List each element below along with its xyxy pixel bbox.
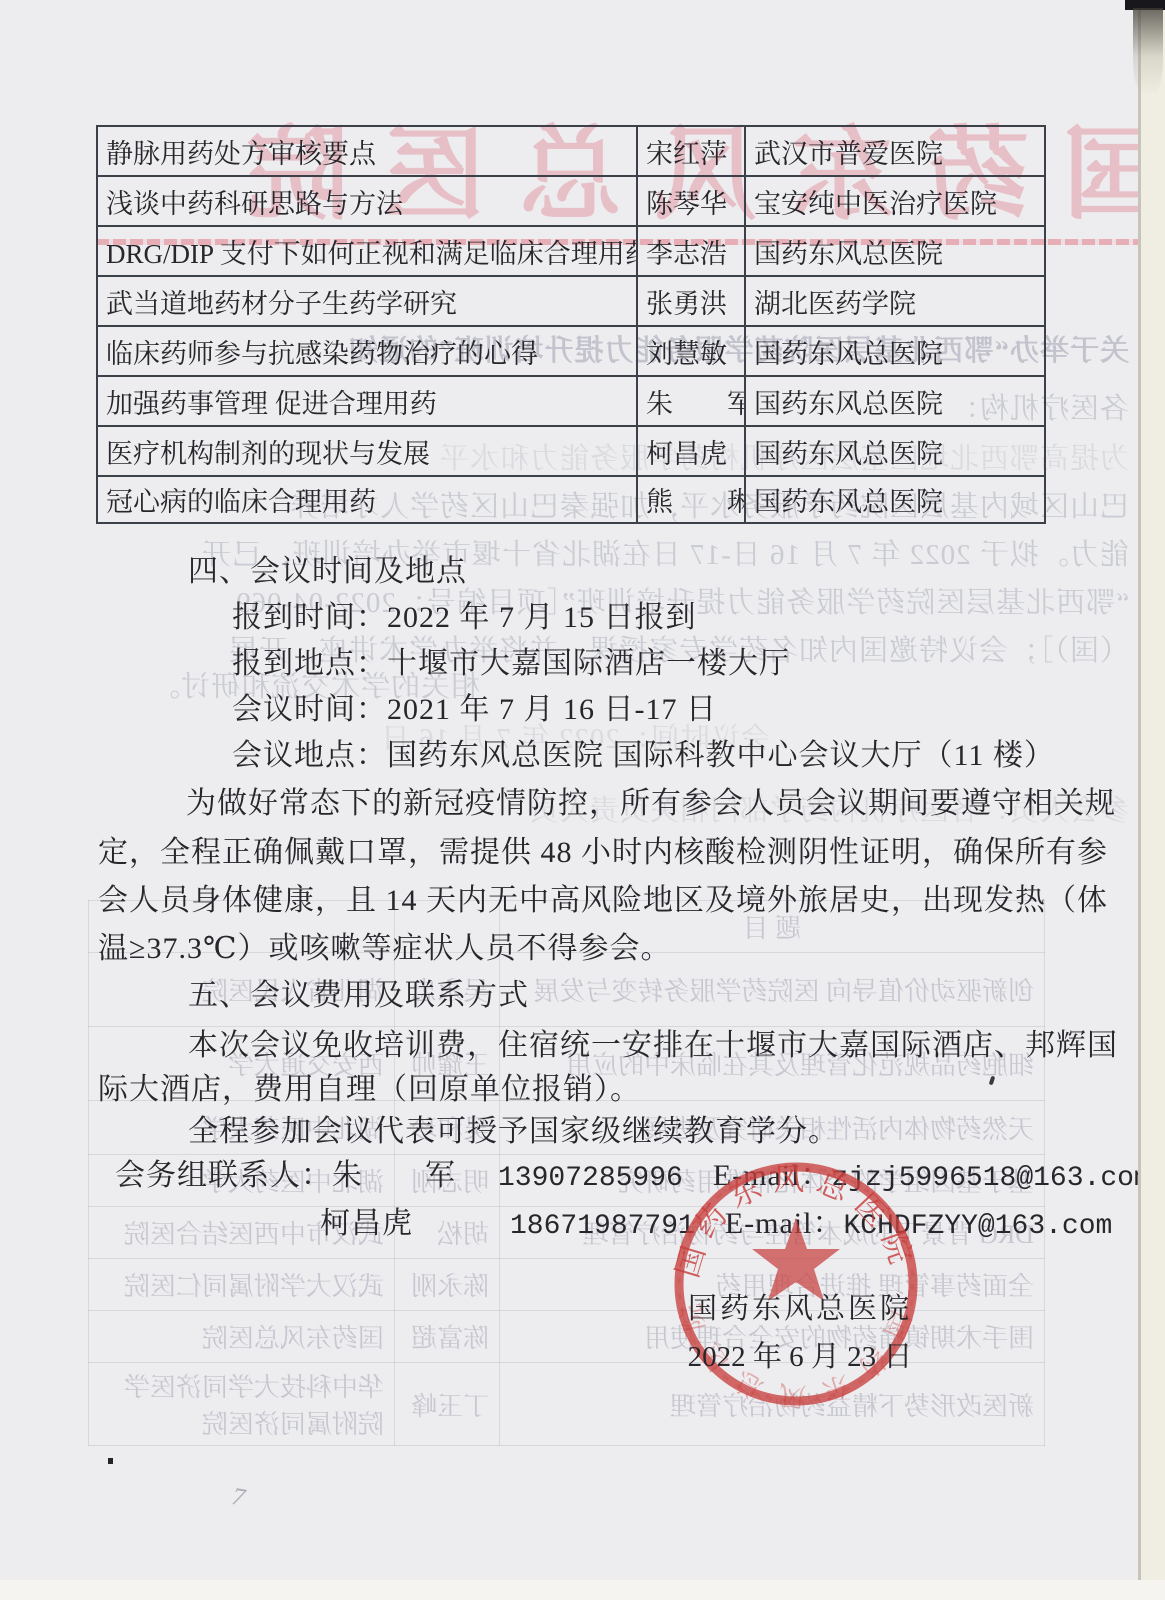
topic-cell: 冠心病的临床合理用药 bbox=[97, 476, 637, 523]
contact-name-1: 朱 军 bbox=[332, 1159, 456, 1192]
contact-name-2: 柯昌虎 bbox=[320, 1207, 413, 1240]
bleedthrough-cell: 丁玉峰 bbox=[394, 1363, 499, 1446]
table-row: 武当道地药材分子生药学研究 张勇洪 湖北医药学院 bbox=[97, 276, 1045, 326]
hospital-cell: 武汉市普爱医院 bbox=[745, 126, 1045, 176]
table-row: 医疗机构制剂的现状与发展 柯昌虎 国药东风总医院 bbox=[97, 426, 1045, 476]
speaker-cell: 柯昌虎 bbox=[637, 426, 745, 476]
bleedthrough-cell: 华中科技大学同济医学院附属同济医院 bbox=[89, 1363, 395, 1446]
topic-cell: 临床药师参与抗感染药物治疗的心得 bbox=[97, 326, 637, 376]
pencil-mark: 7 bbox=[230, 1483, 247, 1513]
scan-corner-smudge bbox=[1133, 8, 1163, 96]
table-row: 静脉用药处方审核要点 宋红萍 武汉市普爱医院 bbox=[97, 126, 1045, 176]
hospital-cell: 国药东风总医院 bbox=[745, 476, 1045, 523]
speaker-cell: 张勇洪 bbox=[637, 276, 745, 326]
speaker-cell: 熊 琳 bbox=[637, 476, 745, 523]
section4-heading: 四、会议时间及地点 bbox=[188, 546, 467, 590]
checkin-place-line: 报到地点：十堰市大嘉国际酒店一楼大厅 bbox=[232, 638, 790, 682]
topic-cell: 加强药事管理 促进合理用药 bbox=[97, 376, 637, 426]
scanned-document-page: 国药东风总医院 关于举办“鄂西北基层医院药学服务能力提升培训班”的通知 各医疗机… bbox=[0, 0, 1165, 1600]
hospital-cell: 国药东风总医院 bbox=[745, 226, 1045, 276]
ink-dot-mark bbox=[108, 1458, 113, 1464]
hospital-cell: 湖北医药学院 bbox=[745, 276, 1045, 326]
contact-label: 会务组联系人： bbox=[115, 1159, 332, 1192]
table-row: 冠心病的临床合理用药 熊 琳 国药东风总医院 bbox=[97, 476, 1045, 523]
speaker-cell: 李志浩 bbox=[637, 226, 745, 276]
hospital-cell: 国药东风总医院 bbox=[745, 426, 1045, 476]
checkin-time-line: 报到时间：2022 年 7 月 15 日报到 bbox=[232, 592, 697, 636]
meeting-time-line: 会议时间：2021 年 7 月 16 日-17 日 bbox=[232, 684, 717, 728]
page-fold-strip bbox=[1138, 0, 1165, 1600]
hospital-cell: 国药东风总医院 bbox=[745, 376, 1045, 426]
bleedthrough-cell: 国药东风总医院 bbox=[89, 1311, 395, 1363]
hospital-cell: 宝安纯中医治疗医院 bbox=[745, 176, 1045, 226]
speaker-cell: 刘慧敏 bbox=[637, 326, 745, 376]
table-row: DRG/DIP 支付下如何正视和满足临床合理用药 李志浩 国药东风总医院 bbox=[97, 226, 1045, 276]
table-row: 浅谈中药科研思路与方法 陈琴华 宝安纯中医治疗医院 bbox=[97, 176, 1045, 226]
bleedthrough-cell: 陈富超 bbox=[394, 1311, 499, 1363]
covid-paragraph-line: 为做好常态下的新冠疫情防控，所有参会人员会议期间要遵守相关规 bbox=[186, 778, 1116, 822]
signature-org: 国药东风总医院 bbox=[650, 1286, 950, 1327]
credit-line: 全程参加会议代表可授予国家级继续教育学分。 bbox=[188, 1106, 839, 1150]
bleedthrough-cell: 武汉大学附属同仁医院 bbox=[89, 1259, 395, 1311]
speaker-cell: 朱 军 bbox=[637, 376, 745, 426]
fee-line: 本次会议免收培训费，住宿统一安排在十堰市大嘉国际酒店、邦辉国 bbox=[188, 1020, 1118, 1064]
scan-bottom-band bbox=[0, 1580, 1165, 1600]
topic-cell: 浅谈中药科研思路与方法 bbox=[97, 176, 637, 226]
bleedthrough-cell: 陈永刚 bbox=[394, 1259, 499, 1311]
table-row: 加强药事管理 促进合理用药 朱 军 国药东风总医院 bbox=[97, 376, 1045, 426]
agenda-table: 静脉用药处方审核要点 宋红萍 武汉市普爱医院 浅谈中药科研思路与方法 陈琴华 宝… bbox=[96, 125, 1046, 524]
covid-paragraph-line: 会人员身体健康，且 14 天内无中高风险地区及境外旅居史，出现发热（体 bbox=[98, 875, 1108, 919]
covid-paragraph-line: 温≥37.3℃）或咳嗽等症状人员不得参会。 bbox=[98, 923, 672, 967]
topic-cell: 武当道地药材分子生药学研究 bbox=[97, 276, 637, 326]
topic-cell: 医疗机构制剂的现状与发展 bbox=[97, 426, 637, 476]
topic-cell: DRG/DIP 支付下如何正视和满足临床合理用药 bbox=[97, 226, 637, 276]
speaker-cell: 宋红萍 bbox=[637, 126, 745, 176]
covid-paragraph-line: 定，全程正确佩戴口罩，需提供 48 小时内核酸检测阴性证明，确保所有参 bbox=[98, 827, 1108, 871]
contact-phone-1: 13907285996 bbox=[498, 1163, 683, 1194]
meeting-place-line: 会议地点：国药东风总医院 国际科教中心会议大厅（11 楼） bbox=[232, 730, 1055, 774]
contact-line-1: 会务组联系人：朱 军13907285996E-mail：zjzj5996518@… bbox=[115, 1150, 1151, 1194]
fee-line: 际大酒店，费用自理（回原单位报销）。 bbox=[98, 1064, 641, 1108]
topic-cell: 静脉用药处方审核要点 bbox=[97, 126, 637, 176]
table-row: 临床药师参与抗感染药物治疗的心得 刘慧敏 国药东风总医院 bbox=[97, 326, 1045, 376]
speaker-cell: 陈琴华 bbox=[637, 176, 745, 226]
signature-date: 2022 年 6 月 23 日 bbox=[650, 1334, 950, 1375]
hospital-cell: 国药东风总医院 bbox=[745, 326, 1045, 376]
section5-heading: 五、会议费用及联系方式 bbox=[188, 970, 529, 1014]
